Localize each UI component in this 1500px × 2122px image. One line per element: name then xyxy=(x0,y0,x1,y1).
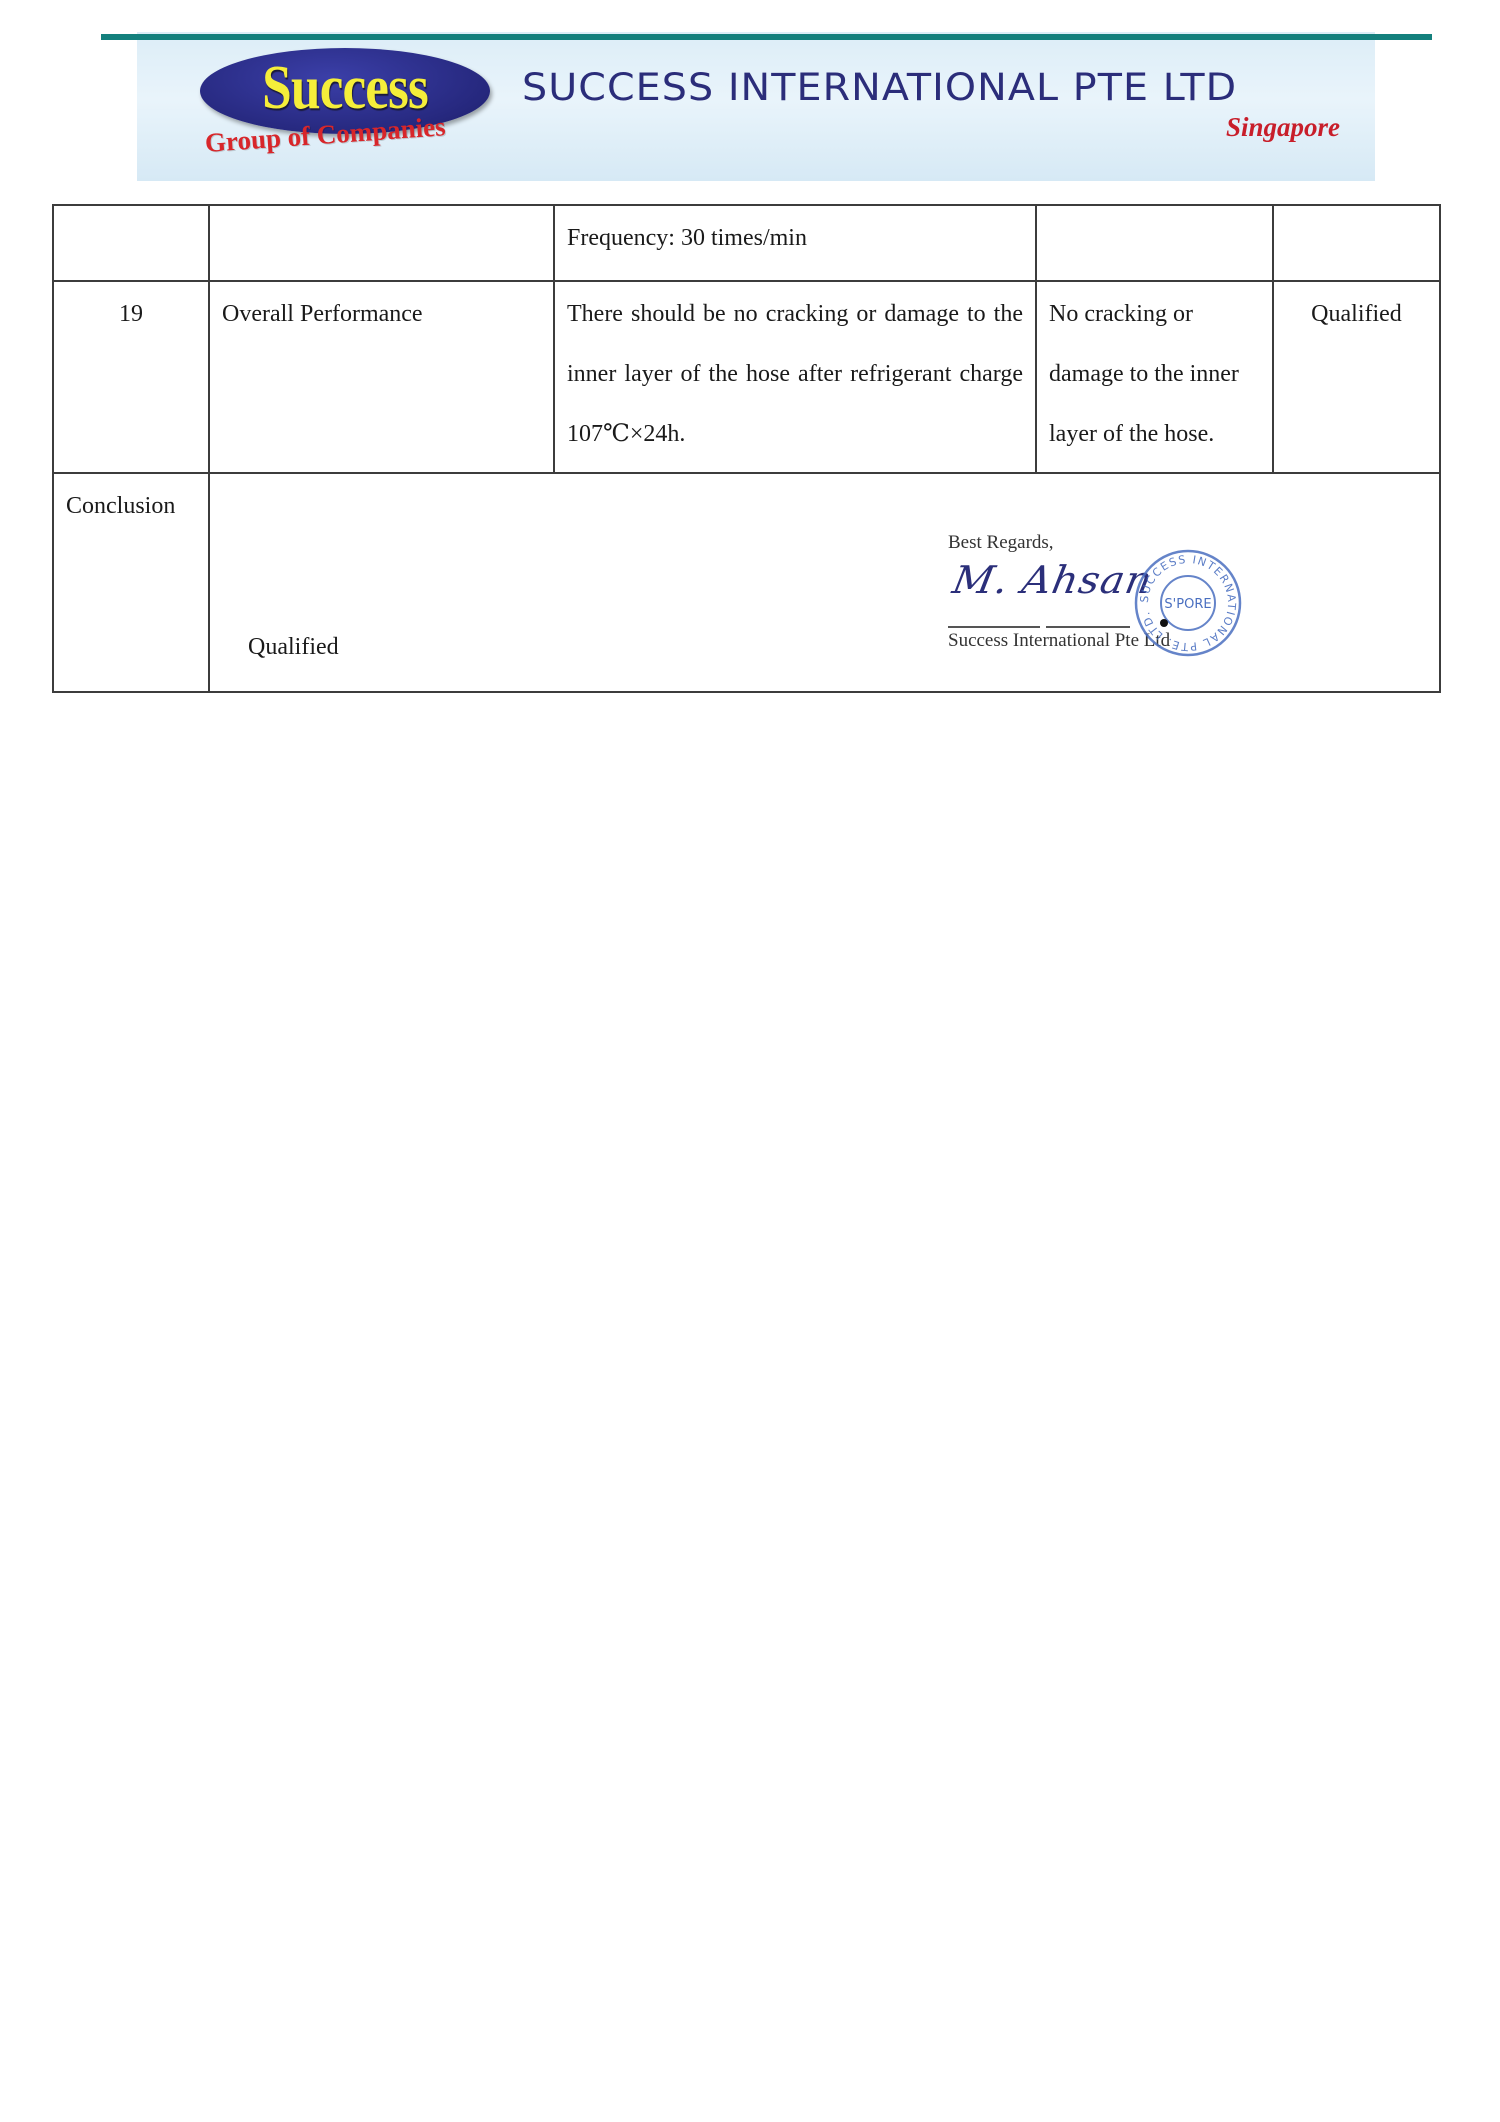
handwritten-signature: M. Ahsan xyxy=(949,558,1156,602)
cell-judgement: Qualified xyxy=(1273,281,1440,473)
cell-requirement: There should be no cracking or damage to… xyxy=(554,281,1036,473)
company-name: SUCCESS INTERNATIONAL PTE LTD xyxy=(522,66,1237,109)
cell-result: No cracking or damage to the inner layer… xyxy=(1036,281,1273,473)
signature-line xyxy=(1046,626,1130,628)
header-rule xyxy=(101,34,1432,40)
table-row: Frequency: 30 times/min xyxy=(53,205,1440,281)
cell-result xyxy=(1036,205,1273,281)
cell-requirement: Frequency: 30 times/min xyxy=(554,205,1036,281)
conclusion-value: Qualified xyxy=(248,634,339,661)
cell-no xyxy=(53,205,209,281)
cell-item: Overall Performance xyxy=(209,281,554,473)
cell-judgement xyxy=(1273,205,1440,281)
table-row: 19 Overall Performance There should be n… xyxy=(53,281,1440,473)
conclusion-label: Conclusion xyxy=(54,474,208,538)
signature-line xyxy=(948,626,1040,628)
conclusion-label-cell: Conclusion xyxy=(53,473,209,692)
company-stamp-icon: SUCCESS INTERNATIONAL PTE. LTD. S'PORE xyxy=(1130,548,1246,658)
company-city: Singapore xyxy=(1226,112,1340,143)
sign-off-greeting: Best Regards, xyxy=(948,532,1054,554)
cell-item xyxy=(209,205,554,281)
svg-text:S'PORE: S'PORE xyxy=(1164,597,1211,612)
cell-no: 19 xyxy=(53,281,209,473)
